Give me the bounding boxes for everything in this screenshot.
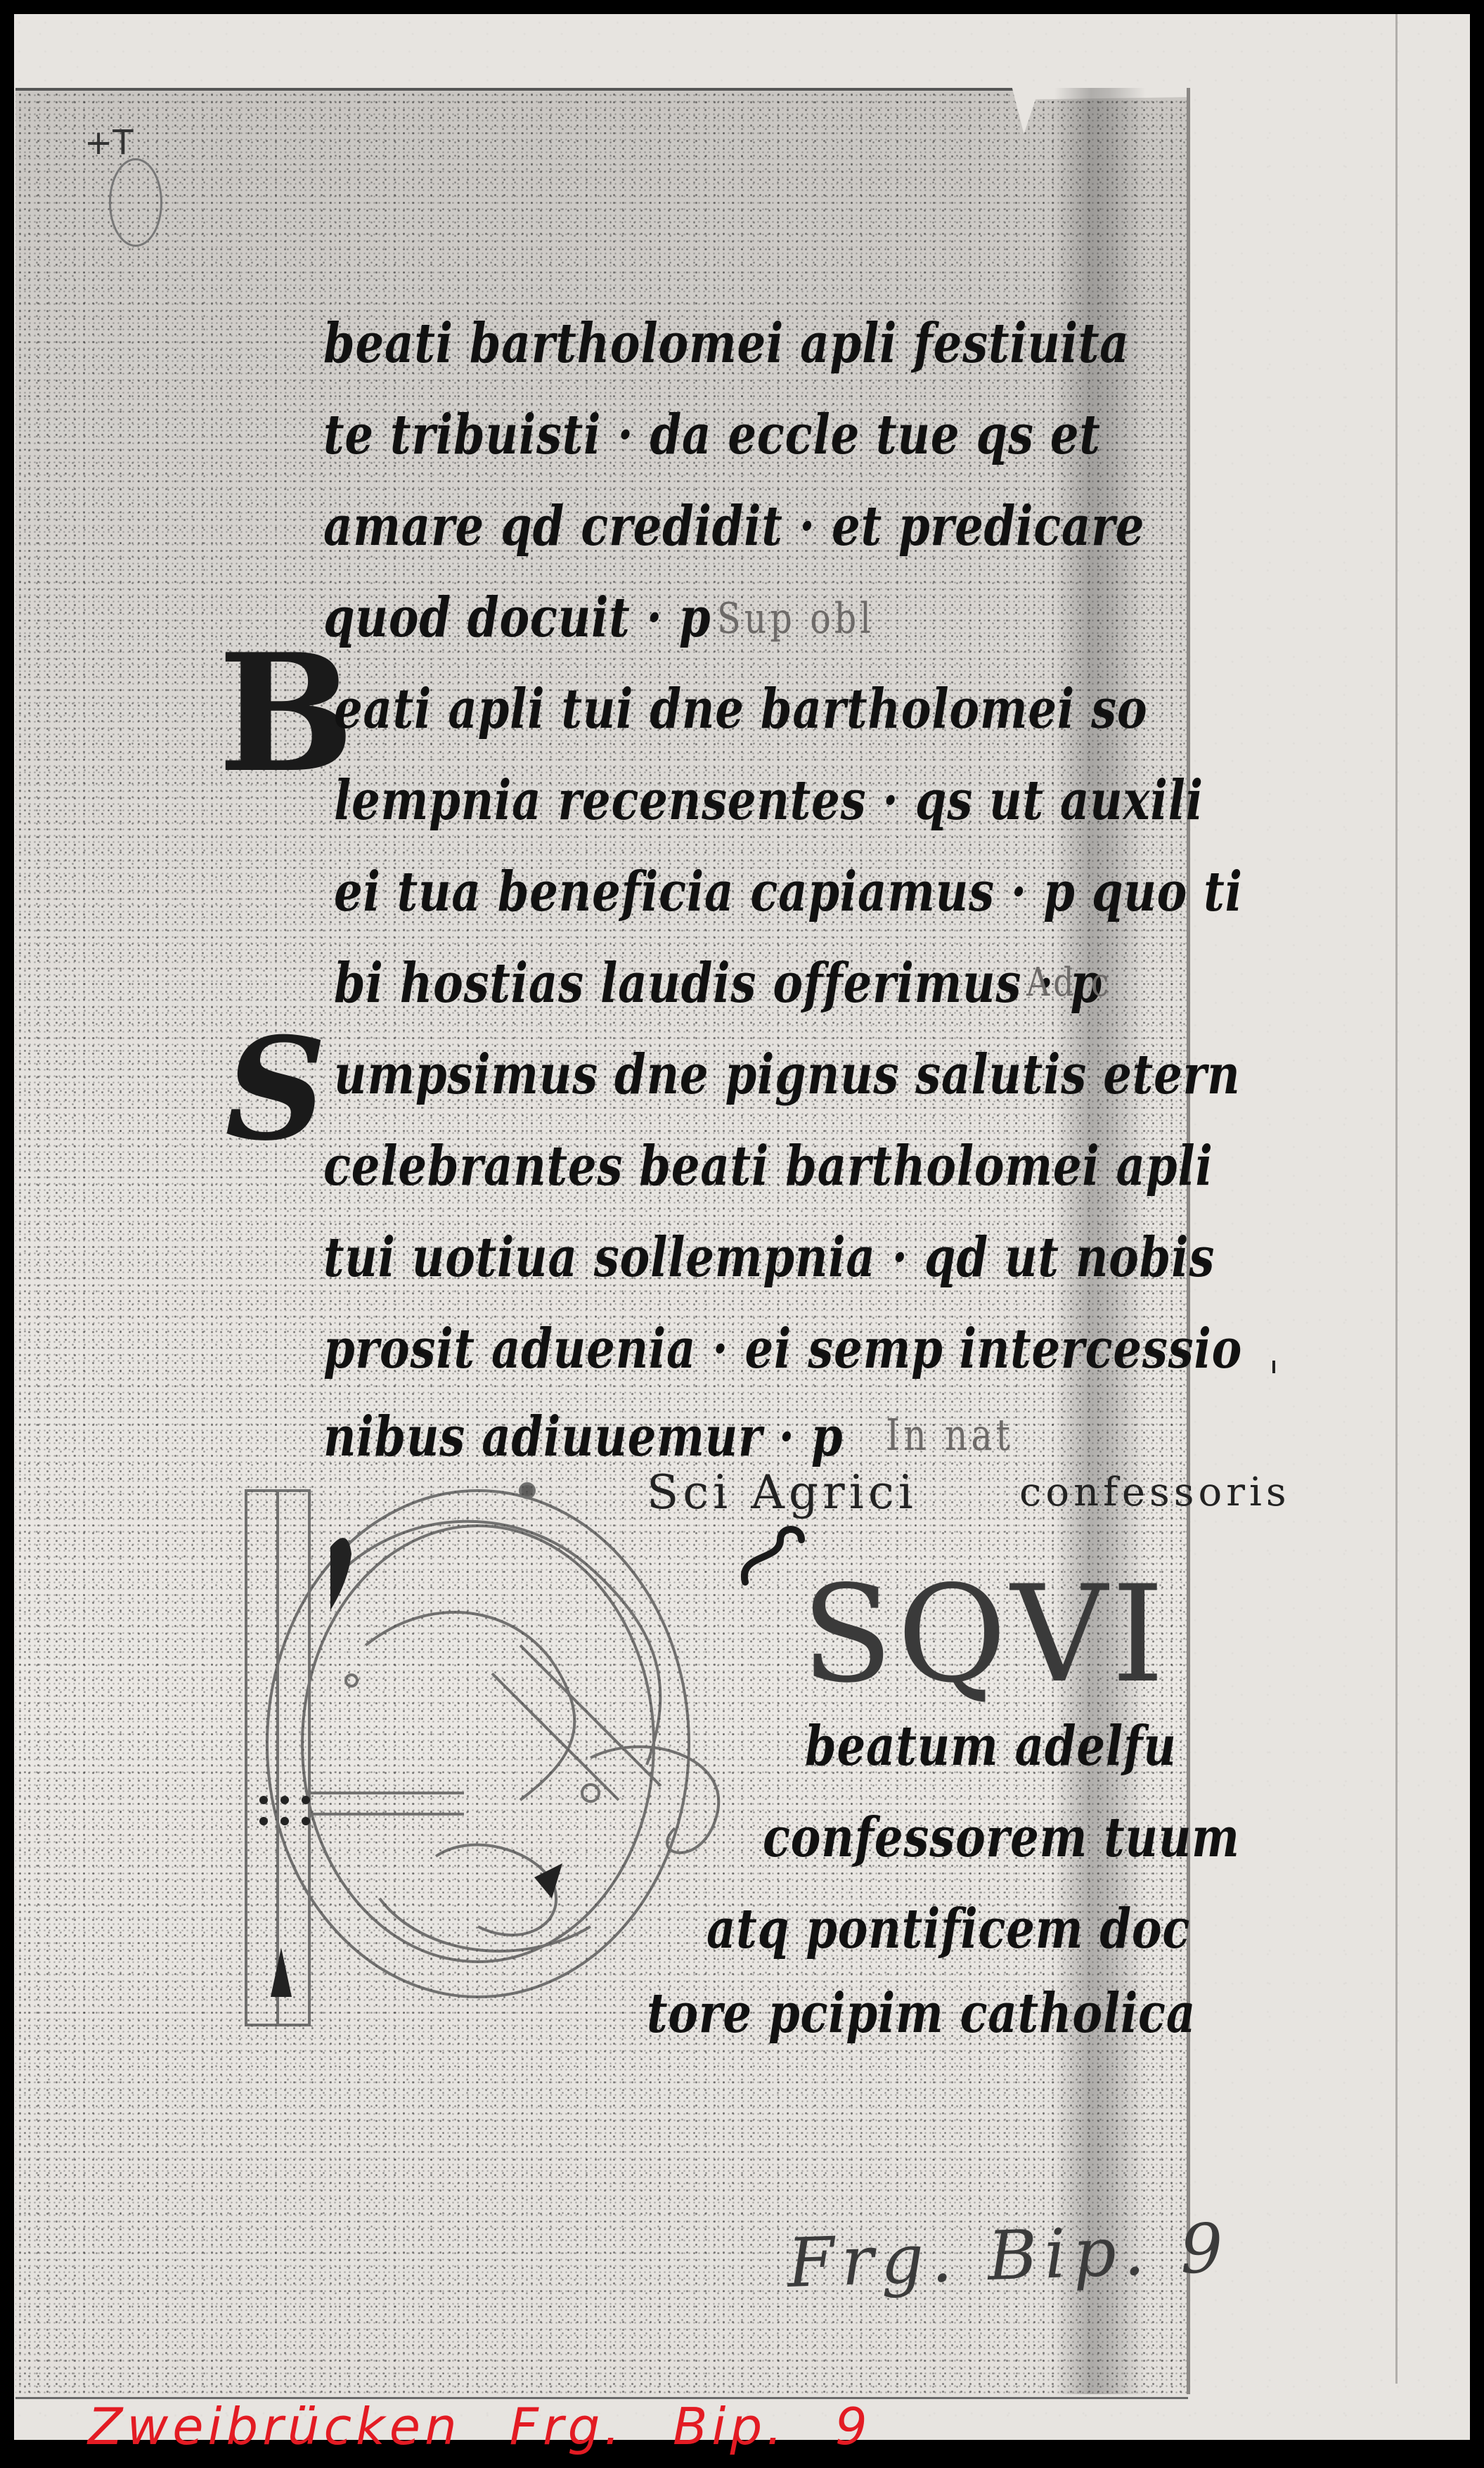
text-line-f3: atq pontificem doc bbox=[706, 1902, 1190, 1957]
initial-s: S bbox=[225, 1020, 326, 1160]
rubric-ad-complendum: Ad c bbox=[1026, 963, 1113, 1003]
text-line-s5: nibus adiuuemur · p bbox=[323, 1410, 843, 1465]
text-line-b4: bi hostias laudis offerimus · p bbox=[334, 956, 1102, 1011]
text-line-s4: prosit aduenia · ei semp intercessio bbox=[323, 1322, 1242, 1377]
shelfmark-pencil: Frg. Bip. 9 bbox=[787, 2214, 1232, 2297]
rubric-confessoris: confessoris bbox=[1019, 1473, 1291, 1512]
decorated-initial-interlace bbox=[225, 1463, 759, 2039]
text-line-s2: celebrantes beati bartholomei apli bbox=[323, 1139, 1213, 1194]
text-line-1: beati bartholomei apli festiuita bbox=[323, 316, 1130, 371]
text-line-f1: beatum adelfu bbox=[805, 1719, 1177, 1774]
vertical-ruling-line bbox=[1395, 14, 1398, 2384]
marginal-note: +T bbox=[74, 123, 186, 243]
text-line-s3: tui uotiua sollempnia · qd ut nobis bbox=[323, 1230, 1215, 1285]
rubric-in-natale: In nat bbox=[886, 1413, 1014, 1457]
text-line-b3: ei tua beneficia capiamus · p quo ti bbox=[334, 865, 1243, 920]
marginal-oval-sketch bbox=[109, 158, 162, 247]
text-line-b1: eati apli tui dne bartholomei so bbox=[334, 682, 1147, 737]
photo-mount: +T beati bartholomei apli festiuita te t… bbox=[14, 14, 1470, 2440]
red-caption-label: Zweibrücken Frg. Bip. 9 bbox=[88, 2401, 872, 2452]
text-line-b2: lempnia recensentes · qs ut auxili bbox=[334, 773, 1204, 828]
text-line-s1: umpsimus dne pignus salutis etern bbox=[334, 1048, 1240, 1103]
text-line-f4: tore pcipim catholica bbox=[647, 1986, 1196, 2041]
stray-mark bbox=[1272, 1361, 1275, 1373]
text-line-4: quod docuit · p bbox=[323, 591, 711, 645]
text-line-3: amare qd credidit · et predicare bbox=[323, 499, 1144, 554]
rubric-super-oblata: Sup obl bbox=[717, 598, 875, 640]
text-line-f2: confessorem tuum bbox=[763, 1811, 1240, 1865]
display-capitals-sqvi: SQVI bbox=[801, 1568, 1168, 1702]
cross-mark-icon: +T bbox=[84, 123, 134, 162]
text-line-2: te tribuisti · da eccle tue qs et bbox=[323, 408, 1101, 463]
